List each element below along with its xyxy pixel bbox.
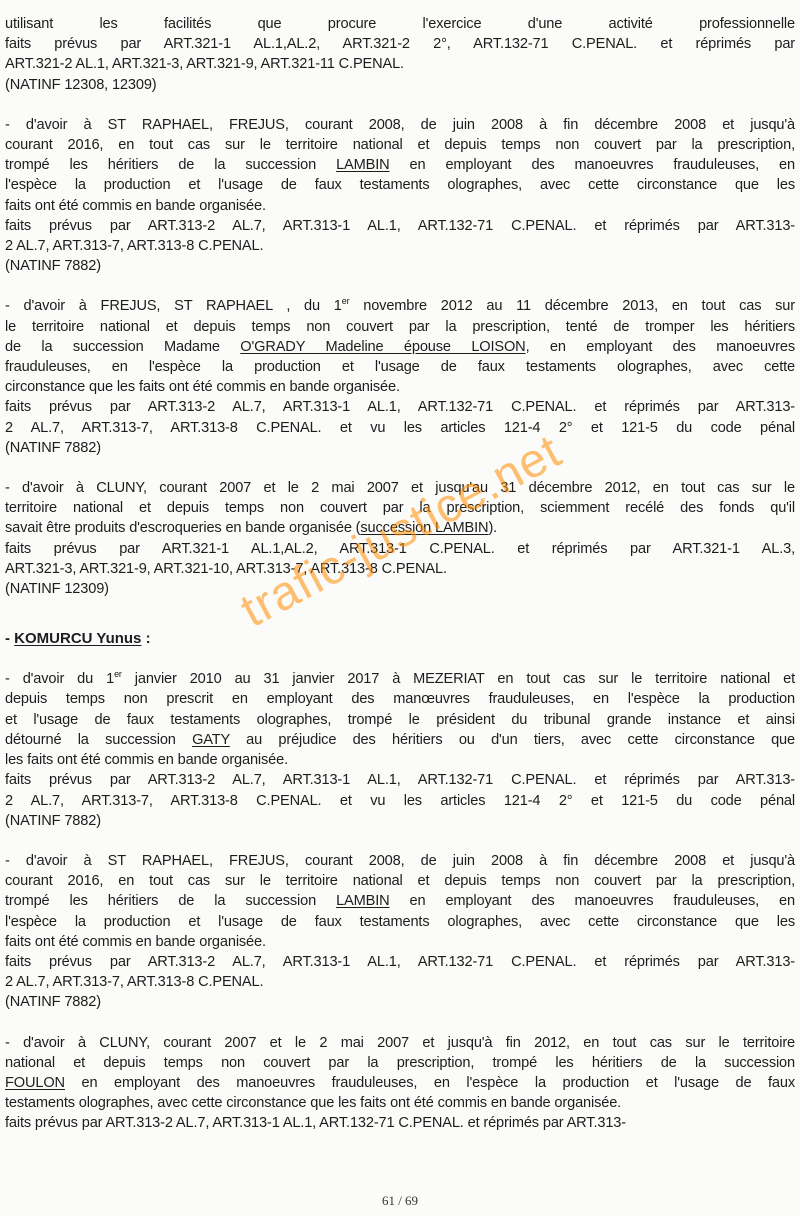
text-line: le territoire national et depuis temps n…: [5, 317, 795, 337]
text-line: (NATINF 12308, 12309): [5, 75, 795, 95]
text-line: (NATINF 7882): [5, 438, 795, 458]
text-line: l'espèce la production et l'usage de fau…: [5, 175, 795, 195]
text-line: de la succession Madame O'GRADY Madeline…: [5, 337, 795, 357]
underlined-name: LAMBIN: [336, 157, 389, 173]
text-line: faits ont été commis en bande organisée.: [5, 932, 795, 952]
underlined-name: FOULON: [5, 1075, 65, 1091]
text-line: - d'avoir à ST RAPHAEL, FREJUS, courant …: [5, 851, 795, 871]
text-line: faits prévus par ART.313-2 AL.7, ART.313…: [5, 216, 795, 236]
text-line: 2 AL.7, ART.313-7, ART.313-8 C.PENAL. et…: [5, 791, 795, 811]
underlined-name: GATY: [192, 732, 230, 748]
text-line: et l'usage de faux testaments olographes…: [5, 710, 795, 730]
text-line: faits prévus par ART.321-1 AL.1,AL.2, AR…: [5, 539, 795, 559]
person-heading: - KOMURCU Yunus :: [5, 629, 795, 649]
text-line: utilisant les facilités que procure l'ex…: [5, 14, 795, 34]
text-line: trompé les héritiers de la succession LA…: [5, 155, 795, 175]
intro-paragraph: utilisant les facilités que procure l'ex…: [5, 14, 795, 95]
heading-suffix: :: [141, 630, 150, 647]
text-line: - d'avoir à CLUNY, courant 2007 et le 2 …: [5, 478, 795, 498]
text-line: faits prévus par ART.313-2 AL.7, ART.313…: [5, 397, 795, 417]
text-line: FOULON en employant des manoeuvres fraud…: [5, 1073, 795, 1093]
text-line: détourné la succession GATY au préjudice…: [5, 730, 795, 750]
text-line: national et depuis temps non couvert par…: [5, 1053, 795, 1073]
document-page: utilisant les facilités que procure l'ex…: [5, 14, 795, 1134]
text-line: ART.321-2 AL.1, ART.321-3, ART.321-9, AR…: [5, 54, 795, 74]
text-line: - d'avoir du 1er janvier 2010 au 31 janv…: [5, 669, 795, 689]
count-paragraph: - d'avoir à ST RAPHAEL, FREJUS, courant …: [5, 851, 795, 1013]
text-line: courant 2016, en tout cas sur le territo…: [5, 135, 795, 155]
count-paragraph: - d'avoir à ST RAPHAEL, FREJUS, courant …: [5, 115, 795, 277]
text-line: testaments olographes, avec cette circon…: [5, 1093, 795, 1113]
underlined-name: succession LAMBIN: [360, 520, 488, 536]
text-line: - d'avoir à CLUNY, courant 2007 et le 2 …: [5, 1033, 795, 1053]
text-line: circonstance que les faits ont été commi…: [5, 377, 795, 397]
counts-person-2: - d'avoir du 1er janvier 2010 au 31 janv…: [5, 669, 795, 1133]
text-line: faits prévus par ART.313-2 AL.7, ART.313…: [5, 1113, 795, 1133]
text-line: (NATINF 7882): [5, 992, 795, 1012]
text-line: courant 2016, en tout cas sur le territo…: [5, 871, 795, 891]
text-line: (NATINF 7882): [5, 811, 795, 831]
text-line: les faits ont été commis en bande organi…: [5, 750, 795, 770]
underlined-name: LAMBIN: [336, 893, 389, 909]
person-name: KOMURCU Yunus: [14, 630, 141, 647]
counts-person-1: - d'avoir à ST RAPHAEL, FREJUS, courant …: [5, 115, 795, 599]
text-line: faits prévus par ART.313-2 AL.7, ART.313…: [5, 952, 795, 972]
text-line: savait être produits d'escroqueries en b…: [5, 518, 795, 538]
text-line: (NATINF 7882): [5, 256, 795, 276]
underlined-name: O'GRADY Madeline épouse LOISON: [240, 339, 525, 355]
text-line: frauduleuses, en l'espèce la production …: [5, 357, 795, 377]
page-number: 61 / 69: [0, 1193, 800, 1209]
text-line: territoire national et depuis temps non …: [5, 498, 795, 518]
text-line: faits ont été commis en bande organisée.: [5, 196, 795, 216]
text-line: l'espèce la production et l'usage de fau…: [5, 912, 795, 932]
count-paragraph: - d'avoir à CLUNY, courant 2007 et le 2 …: [5, 1033, 795, 1134]
text-line: 2 AL.7, ART.313-7, ART.313-8 C.PENAL.: [5, 236, 795, 256]
count-paragraph: - d'avoir du 1er janvier 2010 au 31 janv…: [5, 669, 795, 831]
text-line: - d'avoir à ST RAPHAEL, FREJUS, courant …: [5, 115, 795, 135]
text-line: depuis temps non prescrit en employant d…: [5, 689, 795, 709]
text-line: 2 AL.7, ART.313-7, ART.313-8 C.PENAL.: [5, 972, 795, 992]
text-line: ART.321-3, ART.321-9, ART.321-10, ART.31…: [5, 559, 795, 579]
text-line: (NATINF 12309): [5, 579, 795, 599]
count-paragraph: - d'avoir à CLUNY, courant 2007 et le 2 …: [5, 478, 795, 599]
text-line: faits prévus par ART.321-1 AL.1,AL.2, AR…: [5, 34, 795, 54]
heading-prefix: -: [5, 630, 14, 647]
count-paragraph: - d'avoir à FREJUS, ST RAPHAEL , du 1er …: [5, 296, 795, 458]
text-line: 2 AL.7, ART.313-7, ART.313-8 C.PENAL. et…: [5, 418, 795, 438]
text-line: - d'avoir à FREJUS, ST RAPHAEL , du 1er …: [5, 296, 795, 316]
text-line: trompé les héritiers de la succession LA…: [5, 891, 795, 911]
text-line: faits prévus par ART.313-2 AL.7, ART.313…: [5, 770, 795, 790]
